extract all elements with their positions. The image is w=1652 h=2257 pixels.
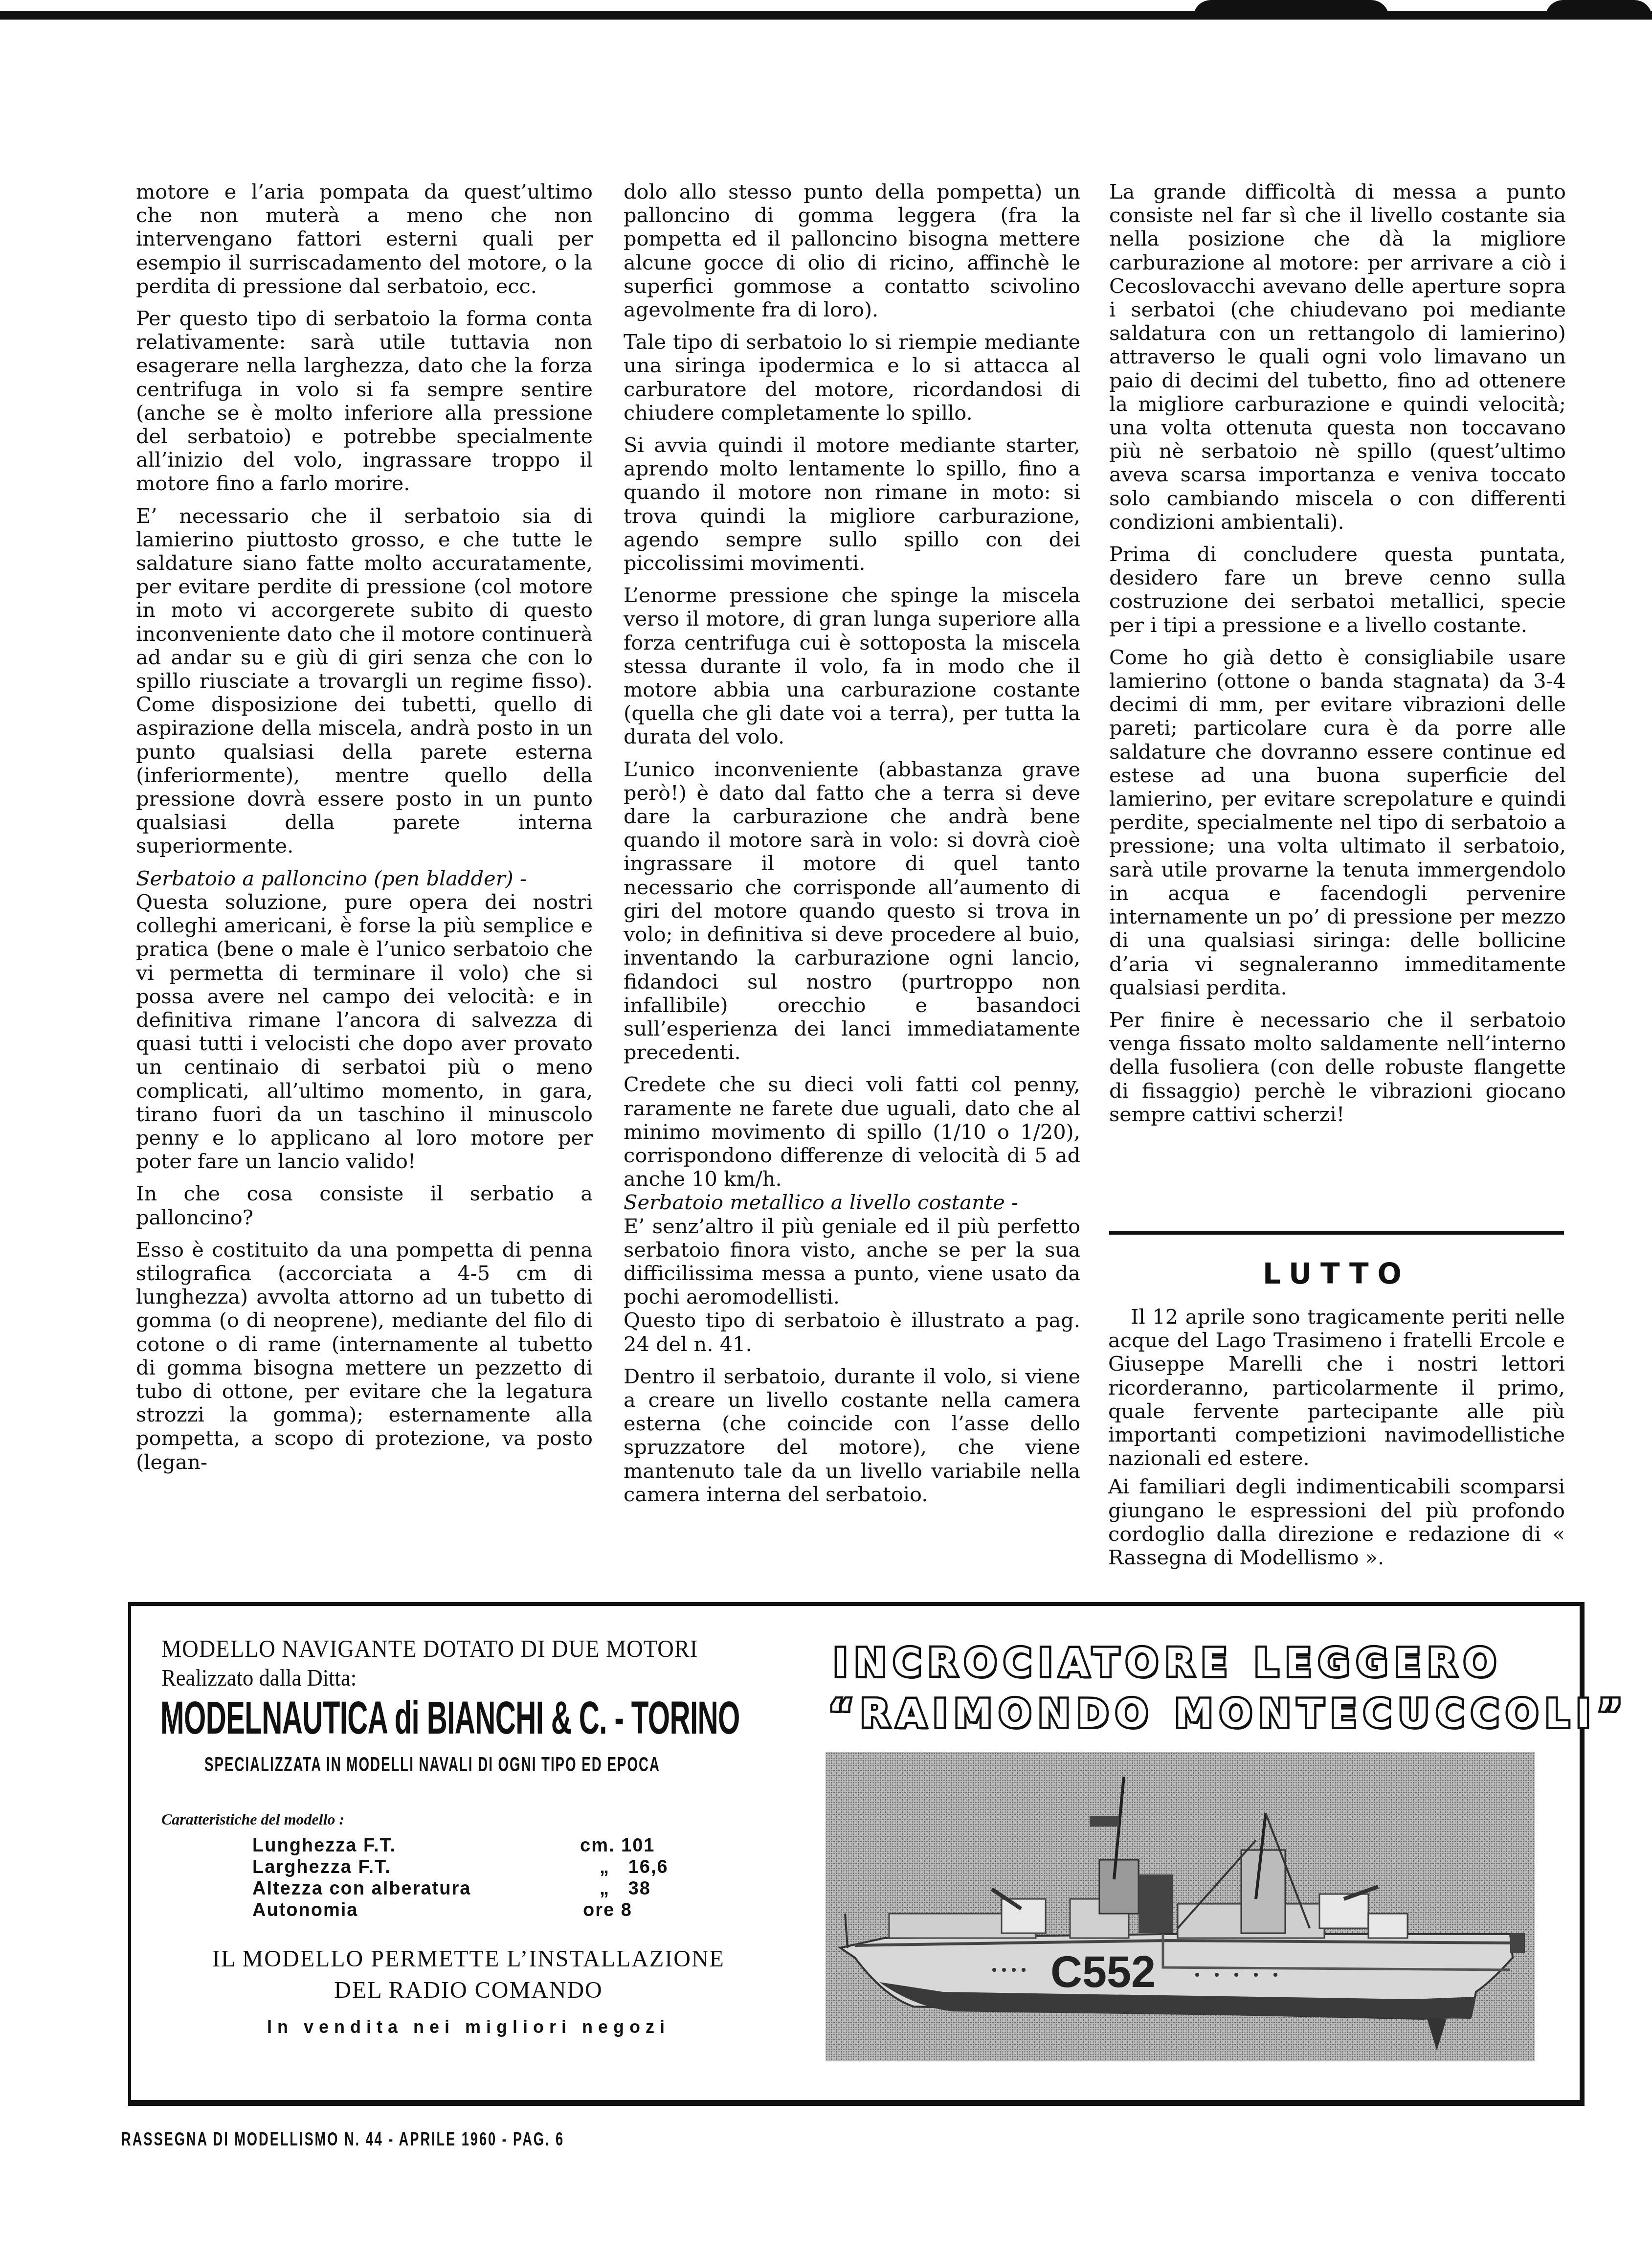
spec-row: Autonomiaore 8 [252,1899,805,1921]
ad-specs-label: Caratteristiche del modello : [161,1810,344,1828]
paragraph: dolo allo stesso punto della pompetta) u… [624,180,1080,321]
spec-row: Altezza con alberatura„ 38 [252,1878,805,1899]
paragraph: E’ necessario che il serbatoio sia di la… [136,504,593,858]
paragraph: Questa soluzione, pure opera dei nostri … [136,890,593,1173]
ad-radio-line: DEL RADIO COMANDO [131,1975,806,2006]
spec-label: Altezza con alberatura [252,1878,580,1899]
paragraph: Credete che su dieci voli fatti col penn… [624,1073,1080,1191]
paragraph: motore e l’aria pompata da quest’ultimo … [136,180,593,298]
section-heading-pen-bladder: Serbatoio a palloncino (pen bladder) - [136,867,593,890]
ad-company-name: MODELNAUTICA di BIANCHI & C. - TORINO [160,1692,740,1744]
paragraph: E’ senz’altro il più geniale ed il più p… [624,1215,1080,1309]
ship-title: INCROCIATORE LEGGERO “RAIMONDO MONTECUCC… [828,1638,1542,1739]
spec-row: Lunghezza F.T.cm. 101 [252,1835,805,1856]
paragraph: Per finire è necessario che il serbatoio… [1109,1008,1566,1126]
scan-edge-top [0,11,1652,20]
ship-title-line: “RAIMONDO MONTECUCCOLI” [828,1689,1542,1739]
ad-availability: In vendita nei migliori negozi [131,2017,806,2037]
lutto-paragraph: Ai familiari degli indimenticabili scomp… [1108,1475,1565,1569]
section-heading-text: Serbatoio a palloncino (pen bladder) - [136,866,527,890]
lutto-divider [1109,1231,1564,1235]
ad-specs-table: Lunghezza F.T.cm. 101 Larghezza F.T.„ 16… [252,1835,805,1921]
spec-value: „ 38 [580,1878,805,1899]
paragraph: In che cosa consiste il serbatio a pallo… [136,1182,593,1229]
advertisement-box: MODELLO NAVIGANTE DOTATO DI DUE MOTORI R… [128,1602,1585,2106]
scan-edge-shadow [1545,0,1652,18]
article-column-1: motore e l’aria pompata da quest’ultimo … [136,180,593,1483]
lutto-title: LUTTO [1109,1257,1564,1290]
spec-row: Larghezza F.T.„ 16,6 [252,1856,805,1878]
article-column-2: dolo allo stesso punto della pompetta) u… [624,180,1080,1515]
section-heading-text: Serbatoio metallico a livello costante - [624,1190,1018,1214]
ship-model-photo: C552 [826,1752,1535,2061]
hull-number: C552 [1050,1948,1156,1997]
spec-label: Larghezza F.T. [252,1856,580,1878]
section-heading-livello-costante: Serbatoio metallico a livello costante - [624,1191,1080,1214]
ship-title-line: INCROCIATORE LEGGERO [828,1638,1542,1689]
spec-label: Lunghezza F.T. [252,1835,580,1856]
paragraph: Come ho già detto è consigliabile usare … [1109,646,1566,999]
spec-value: cm. 101 [580,1835,805,1856]
ad-specialization: SPECIALIZZATA IN MODELLI NAVALI DI OGNI … [204,1753,660,1776]
spec-value: ore 8 [580,1899,805,1921]
paragraph: Questo tipo di serbatoio è illustrato a … [624,1309,1080,1355]
lutto-paragraph: Il 12 aprile sono tragicamente periti ne… [1108,1305,1565,1470]
article-column-3: La grande difficoltà di messa a punto co… [1109,180,1566,1135]
page-footer: RASSEGNA DI MODELLISMO N. 44 - APRILE 19… [121,2129,564,2150]
paragraph: Dentro il serbatoio, durante il volo, si… [624,1365,1080,1506]
paragraph: Per questo tipo di serbatoio la forma co… [136,307,593,496]
paragraph: L’unico inconveniente (abbastanza grave … [624,758,1080,1064]
ad-ship-panel: INCROCIATORE LEGGERO “RAIMONDO MONTECUCC… [806,1606,1579,2100]
paragraph: La grande difficoltà di messa a punto co… [1109,180,1566,534]
lutto-notice: Il 12 aprile sono tragicamente periti ne… [1108,1305,1565,1574]
paragraph: L’enorme pressione che spinge la miscela… [624,584,1080,748]
paragraph: Si avvia quindi il motore mediante start… [624,433,1080,575]
paragraph: Prima di concludere questa puntata, desi… [1109,542,1566,637]
spec-label: Autonomia [252,1899,580,1921]
ad-headline: MODELLO NAVIGANTE DOTATO DI DUE MOTORI [161,1634,698,1663]
ad-text-panel: MODELLO NAVIGANTE DOTATO DI DUE MOTORI R… [131,1606,806,2100]
ad-radio-line: IL MODELLO PERMETTE L’INSTALLAZIONE [131,1943,806,1975]
ad-made-by: Realizzato dalla Ditta: [161,1665,357,1692]
ad-radio-note: IL MODELLO PERMETTE L’INSTALLAZIONE DEL … [131,1943,806,2006]
spec-value: „ 16,6 [580,1856,805,1878]
paragraph: Esso è costituito da una pompetta di pen… [136,1238,593,1474]
paragraph: Tale tipo di serbatoio lo si riempie med… [624,330,1080,425]
scan-edge-shadow [1193,0,1389,18]
cruiser-model-illustration: C552 [826,1752,1535,2061]
